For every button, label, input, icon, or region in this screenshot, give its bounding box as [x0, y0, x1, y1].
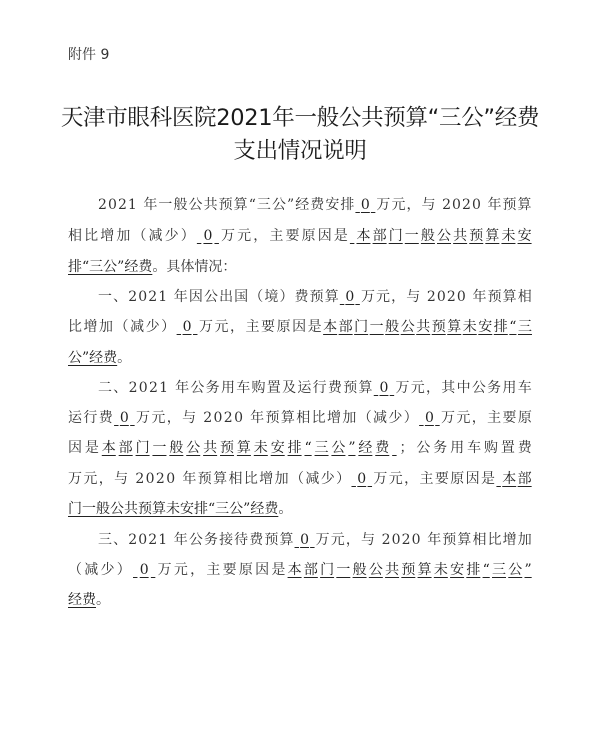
text-segment: 万: [441, 407, 455, 429]
text-segment: 2: [118, 194, 127, 216]
text-segment: 相: [228, 468, 242, 490]
text-segment: ，: [406, 194, 420, 216]
text-segment: ，: [167, 407, 181, 429]
text-segment: 行: [313, 377, 327, 399]
text-segment: 要: [285, 225, 299, 247]
underlined-fill-text: 安: [478, 316, 492, 338]
text-segment: 排: [340, 194, 354, 216]
text-segment: 算: [358, 377, 372, 399]
text-segment: 元: [83, 468, 97, 490]
text-segment: （: [290, 468, 304, 490]
underlined-fill-text: 算: [418, 559, 432, 581]
text-segment: ）: [404, 407, 418, 429]
text-segment: ，: [253, 225, 267, 247]
text-segment: 主: [206, 559, 220, 581]
underlined-fill-text: [390, 377, 394, 399]
paragraph-summary-line-3: 排“三公”经费 。具体情况：: [68, 256, 532, 278]
text-segment: 要: [435, 468, 449, 490]
text-segment: 年: [182, 468, 196, 490]
underlined-fill-text: 共: [416, 316, 430, 338]
text-segment: 公: [190, 377, 204, 399]
text-segment: 2: [427, 286, 436, 308]
text-segment: 公: [272, 194, 286, 216]
paragraph-section-3-line-3: 经费 。: [68, 589, 532, 611]
text-segment: 务: [204, 529, 218, 551]
text-segment: ，: [391, 286, 405, 308]
underlined-fill-text: 0: [120, 407, 129, 429]
text-segment: 比: [312, 407, 326, 429]
text-segment: 预: [310, 286, 324, 308]
text-segment: ）: [336, 468, 350, 490]
text-segment: 预: [488, 286, 502, 308]
text-segment: ，: [230, 316, 244, 338]
text-segment: 是: [308, 316, 322, 338]
text-segment: 减: [84, 559, 98, 581]
text-segment: 减: [130, 316, 144, 338]
text-segment: 加: [99, 316, 113, 338]
paragraph-section-2-line-5: 门一般公共预算未安排“三公”经费 。: [68, 498, 532, 520]
text-segment: 车: [518, 377, 532, 399]
underlined-fill-text: 门: [354, 316, 368, 338]
underlined-fill-text: [177, 316, 181, 338]
text-segment: 车: [236, 377, 250, 399]
text-segment: 2: [447, 286, 456, 308]
text-segment: 公: [204, 286, 218, 308]
underlined-fill-text: 门: [320, 559, 334, 581]
text-segment: 是: [85, 437, 99, 459]
underlined-fill-text: 一: [336, 559, 350, 581]
text-segment: 0: [214, 407, 223, 429]
text-segment: 2: [128, 286, 137, 308]
text-segment: 与: [182, 407, 196, 429]
text-segment: 0: [412, 529, 421, 551]
text-segment: 与: [406, 286, 420, 308]
text-segment: 务: [206, 377, 220, 399]
underlined-fill-text: 费: [375, 437, 389, 459]
text-segment: 置: [501, 437, 515, 459]
text-segment: 元: [237, 225, 251, 247]
underlined-fill-text: 排: [466, 559, 480, 581]
text-segment: 置: [267, 377, 281, 399]
underlined-fill-text: 公: [369, 559, 383, 581]
text-segment: 费: [295, 286, 309, 308]
text-segment: 加: [275, 468, 289, 490]
text-segment: 二: [98, 377, 112, 399]
underlined-fill-text: 公: [331, 437, 345, 459]
text-segment: 用: [221, 377, 235, 399]
text-segment: 车: [467, 437, 481, 459]
text-segment: 少: [165, 225, 179, 247]
text-segment: 公: [189, 529, 203, 551]
underlined-fill-text: 部: [339, 316, 353, 338]
text-segment: 算: [213, 468, 227, 490]
text-segment: 增: [100, 225, 114, 247]
underlined-fill-text: 经: [358, 437, 372, 459]
text-segment: 少: [388, 407, 402, 429]
text-segment: 用: [502, 377, 516, 399]
underlined-fill-text: 排: [288, 437, 302, 459]
text-segment: （: [68, 559, 82, 581]
text-segment: ，: [190, 559, 204, 581]
text-segment: 。: [278, 498, 292, 520]
text-segment: 。具体情况：: [152, 256, 236, 278]
text-segment: ，: [472, 407, 486, 429]
text-segment: 2: [442, 194, 451, 216]
text-segment: 元: [389, 468, 403, 490]
underlined-fill-text: 公: [508, 559, 522, 581]
underlined-fill-text: 0: [425, 407, 434, 429]
text-segment: 主: [246, 316, 260, 338]
text-segment: 2: [382, 529, 391, 551]
paragraph-section-2-line-2: 运行费 0 万元，与 2020 年预算相比增加（减少） 0 万元，主要原: [68, 407, 532, 429]
text-segment: 、: [113, 377, 127, 399]
text-segment: 年: [427, 529, 441, 551]
text-segment: 元: [174, 559, 188, 581]
underlined-fill-text: [371, 194, 375, 216]
text-segment: 年: [250, 407, 264, 429]
underlined-fill-text: 0: [345, 286, 354, 308]
text-segment: 主: [269, 225, 283, 247]
underlined-fill-text: 部: [119, 437, 133, 459]
text-segment: 是: [481, 468, 495, 490]
paragraph-section-2-line-4: 万元，与 2020 年预算相比增加（减少） 0 万元，主要原因是 本部: [68, 468, 532, 490]
underlined-fill-text: [151, 559, 155, 581]
text-segment: 相: [296, 407, 310, 429]
text-segment: 算: [503, 286, 517, 308]
text-segment: 0: [452, 194, 461, 216]
underlined-fill-text: 算: [237, 437, 251, 459]
text-segment: 2: [224, 407, 233, 429]
document-title-line-2: 支出情况说明: [0, 133, 600, 165]
text-segment: 用: [450, 437, 464, 459]
text-segment: [130, 468, 134, 490]
underlined-fill-text: 未: [254, 437, 268, 459]
text-segment: 减: [305, 468, 319, 490]
underlined-fill-text: 排: [494, 316, 508, 338]
text-segment: 三: [257, 194, 271, 216]
underlined-fill-text: [133, 559, 137, 581]
text-segment: 购: [484, 437, 498, 459]
text-segment: 0: [234, 407, 243, 429]
text-segment: 要: [223, 559, 237, 581]
text-segment: 接: [219, 529, 233, 551]
text-segment: [376, 529, 380, 551]
text-segment: 原: [518, 407, 532, 429]
underlined-fill-text: [295, 529, 299, 551]
text-segment: 要: [261, 316, 275, 338]
underlined-fill-text: 般: [421, 225, 435, 247]
text-segment: 万: [361, 286, 375, 308]
text-segment: 增: [84, 316, 98, 338]
underlined-fill-text: [355, 286, 359, 308]
text-segment: 、: [113, 286, 127, 308]
underlined-fill-text: “: [304, 437, 311, 459]
text-segment: 运: [68, 407, 82, 429]
text-segment: 与: [114, 468, 128, 490]
underlined-fill-text: 本: [323, 316, 337, 338]
text-segment: 原: [450, 468, 464, 490]
text-segment: ”: [287, 194, 294, 216]
text-segment: 比: [68, 316, 82, 338]
text-segment: 一: [158, 194, 172, 216]
text-segment: 2: [135, 468, 144, 490]
text-segment: 0: [146, 468, 155, 490]
text-segment: 公: [472, 377, 486, 399]
text-segment: 0: [166, 468, 175, 490]
underlined-fill-text: 门: [136, 437, 150, 459]
text-segment: 加: [342, 407, 356, 429]
text-segment: 一: [98, 286, 112, 308]
underlined-fill-text: 安: [518, 225, 532, 247]
underlined-fill-text: ”: [525, 559, 532, 581]
text-segment: 务: [433, 437, 447, 459]
text-segment: 2: [156, 468, 165, 490]
text-segment: 因: [466, 468, 480, 490]
text-segment: 0: [138, 529, 147, 551]
text-segment: [421, 286, 425, 308]
text-segment: 增: [327, 407, 341, 429]
text-segment: ，: [346, 529, 360, 551]
underlined-fill-text: [355, 194, 359, 216]
text-segment: 比: [84, 225, 98, 247]
underlined-fill-text: 公: [186, 437, 200, 459]
text-segment: 减: [373, 407, 387, 429]
text-segment: 要: [502, 407, 516, 429]
underlined-fill-text: 0: [203, 225, 212, 247]
paragraph-section-1-line-1: 一、2021 年因公出国（境）费预算 0 万元，与 2020 年预算相: [98, 286, 532, 308]
text-segment: 预: [264, 529, 278, 551]
text-segment: 1: [159, 377, 168, 399]
text-segment: 0: [392, 529, 401, 551]
text-segment: [244, 407, 248, 429]
text-segment: 年: [472, 286, 486, 308]
text-segment: 国: [234, 286, 248, 308]
text-segment: 万: [199, 316, 213, 338]
text-segment: 预: [503, 194, 517, 216]
underlined-fill-text: 共: [203, 437, 217, 459]
text-segment: 安: [325, 194, 339, 216]
text-segment: 加: [116, 225, 130, 247]
text-segment: 0: [472, 194, 481, 216]
underlined-fill-text: [368, 468, 372, 490]
text-segment: 元: [411, 377, 425, 399]
text-segment: 2: [148, 286, 157, 308]
underlined-fill-text: 0: [380, 377, 389, 399]
text-segment: 算: [281, 407, 295, 429]
text-segment: 。: [96, 589, 110, 611]
text-segment: 算: [518, 194, 532, 216]
underlined-fill-text: [340, 286, 344, 308]
text-segment: 元: [376, 286, 390, 308]
text-segment: 增: [259, 468, 273, 490]
paragraph-section-3-line-1: 三、2021 年公务接待费预算 0 万元，与 2020 年预算相比增加: [98, 529, 532, 551]
underlined-fill-text: 公: [437, 225, 451, 247]
underlined-fill-text: 预: [401, 559, 415, 581]
underlined-fill-text: 预: [432, 316, 446, 338]
text-segment: 费: [310, 194, 324, 216]
text-segment: 费: [99, 407, 113, 429]
underlined-fill-text: 公”经费: [68, 347, 117, 369]
underlined-fill-text: 三: [492, 559, 506, 581]
text-segment: [169, 377, 173, 399]
underlined-fill-text: 预: [469, 225, 483, 247]
text-segment: 费: [328, 377, 342, 399]
underlined-fill-text: [310, 529, 314, 551]
underlined-fill-text: [193, 316, 197, 338]
text-segment: 主: [487, 407, 501, 429]
text-segment: 境: [264, 286, 278, 308]
text-segment: 是: [334, 225, 348, 247]
underlined-fill-text: [197, 225, 201, 247]
underlined-fill-text: 公: [401, 316, 415, 338]
underlined-fill-text: 般: [385, 316, 399, 338]
text-segment: 比: [244, 468, 258, 490]
text-segment: 2: [148, 529, 157, 551]
underlined-fill-text: 预: [220, 437, 234, 459]
underlined-fill-text: “: [483, 559, 490, 581]
text-segment: 年: [174, 286, 188, 308]
text-segment: 预: [219, 194, 233, 216]
text-segment: 增: [503, 529, 517, 551]
underlined-fill-text: [351, 468, 355, 490]
text-segment: ；: [400, 437, 414, 459]
text-segment: 算: [279, 529, 293, 551]
text-segment: 年: [174, 529, 188, 551]
text-segment: 相: [472, 529, 486, 551]
underlined-fill-text: 门一般公共预算未安排“三公”经费: [68, 498, 278, 520]
underlined-fill-text: 三: [315, 437, 329, 459]
underlined-fill-text: [419, 407, 423, 429]
text-segment: 元: [151, 407, 165, 429]
text-segment: 2: [203, 407, 212, 429]
underlined-fill-text: 三: [518, 316, 532, 338]
underlined-fill-text: 本: [102, 437, 116, 459]
underlined-fill-text: [392, 437, 396, 459]
underlined-fill-text: 一: [370, 316, 384, 338]
underlined-fill-text: [496, 468, 500, 490]
text-segment: 运: [297, 377, 311, 399]
underlined-fill-text: 0: [361, 194, 370, 216]
text-segment: 行: [83, 407, 97, 429]
text-segment: ，: [99, 468, 113, 490]
text-segment: 万: [373, 468, 387, 490]
text-segment: [168, 529, 172, 551]
text-segment: 与: [361, 529, 375, 551]
text-segment: 2: [129, 377, 138, 399]
text-segment: 元: [456, 407, 470, 429]
text-segment: ，: [426, 377, 440, 399]
text-segment: 万: [395, 377, 409, 399]
text-segment: 1: [158, 529, 167, 551]
text-segment: 2: [149, 377, 158, 399]
underlined-fill-text: [435, 407, 439, 429]
text-segment: 中: [457, 377, 471, 399]
text-segment: 公: [416, 437, 430, 459]
underlined-fill-text: 门: [389, 225, 403, 247]
underlined-fill-text: 本: [356, 225, 370, 247]
text-segment: 因: [255, 559, 269, 581]
text-segment: 待: [234, 529, 248, 551]
underlined-fill-text: 安: [450, 559, 464, 581]
text-segment: 与: [422, 194, 436, 216]
text-segment: [177, 468, 181, 490]
underlined-fill-text: 一: [152, 437, 166, 459]
text-segment: 算: [325, 286, 339, 308]
text-segment: 少: [101, 559, 115, 581]
underlined-fill-text: [130, 407, 134, 429]
underlined-fill-text: 般: [169, 437, 183, 459]
text-segment: 万: [316, 529, 330, 551]
attachment-label: 附件 9: [68, 44, 109, 64]
text-segment: 预: [266, 407, 280, 429]
text-segment: 2: [128, 529, 137, 551]
text-segment: ）: [181, 225, 195, 247]
text-segment: 因: [189, 286, 203, 308]
text-segment: 元: [331, 529, 345, 551]
text-segment: ）: [117, 559, 131, 581]
text-segment: 元: [215, 316, 229, 338]
text-segment: 万: [158, 559, 172, 581]
underlined-fill-text: [374, 377, 378, 399]
document-title-line-1: 天津市眼科医院2021年一般公共预算“三公”经费: [0, 100, 600, 132]
underlined-fill-text: 安: [271, 437, 285, 459]
text-segment: ）: [161, 316, 175, 338]
text-segment: [168, 286, 172, 308]
text-segment: 万: [68, 468, 82, 490]
text-segment: ）: [279, 286, 293, 308]
text-segment: 主: [420, 468, 434, 490]
underlined-fill-text: 般: [353, 559, 367, 581]
text-segment: 2: [98, 194, 107, 216]
text-segment: 费: [249, 529, 263, 551]
text-segment: 出: [219, 286, 233, 308]
text-segment: 算: [457, 529, 471, 551]
text-segment: 因: [318, 225, 332, 247]
text-segment: 其: [441, 377, 455, 399]
text-segment: 0: [108, 194, 117, 216]
text-segment: 少: [321, 468, 335, 490]
underlined-fill-text: 本: [288, 559, 302, 581]
text-segment: 因: [68, 437, 82, 459]
text-segment: 0: [457, 286, 466, 308]
text-segment: 预: [442, 529, 456, 551]
text-segment: 0: [138, 286, 147, 308]
text-segment: 预: [343, 377, 357, 399]
text-segment: （: [132, 225, 146, 247]
paragraph-section-1-line-3: 公”经费 。: [68, 347, 532, 369]
text-segment: 万: [376, 194, 390, 216]
text-segment: 2: [402, 529, 411, 551]
underlined-fill-text: 未: [434, 559, 448, 581]
text-segment: ，: [404, 468, 418, 490]
text-segment: 万: [221, 225, 235, 247]
underlined-fill-text: 0: [357, 468, 366, 490]
underlined-fill-text: 本: [502, 468, 516, 490]
text-segment: 共: [204, 194, 218, 216]
text-segment: 比: [488, 529, 502, 551]
underlined-fill-text: [350, 225, 354, 247]
underlined-fill-text: 排“三公”经费: [68, 256, 152, 278]
underlined-fill-text: 部: [373, 225, 387, 247]
underlined-fill-text: “: [509, 316, 516, 338]
underlined-fill-text: 未: [501, 225, 515, 247]
underlined-fill-text: 未: [463, 316, 477, 338]
underlined-fill-text: 0: [140, 559, 149, 581]
paragraph-section-2-line-3: 因是本部门一般公共预算未安排“三公”经费 ；公务用车购置费: [68, 437, 532, 459]
text-segment: 相: [68, 225, 82, 247]
underlined-fill-text: ”: [348, 437, 355, 459]
text-segment: “: [249, 194, 256, 216]
